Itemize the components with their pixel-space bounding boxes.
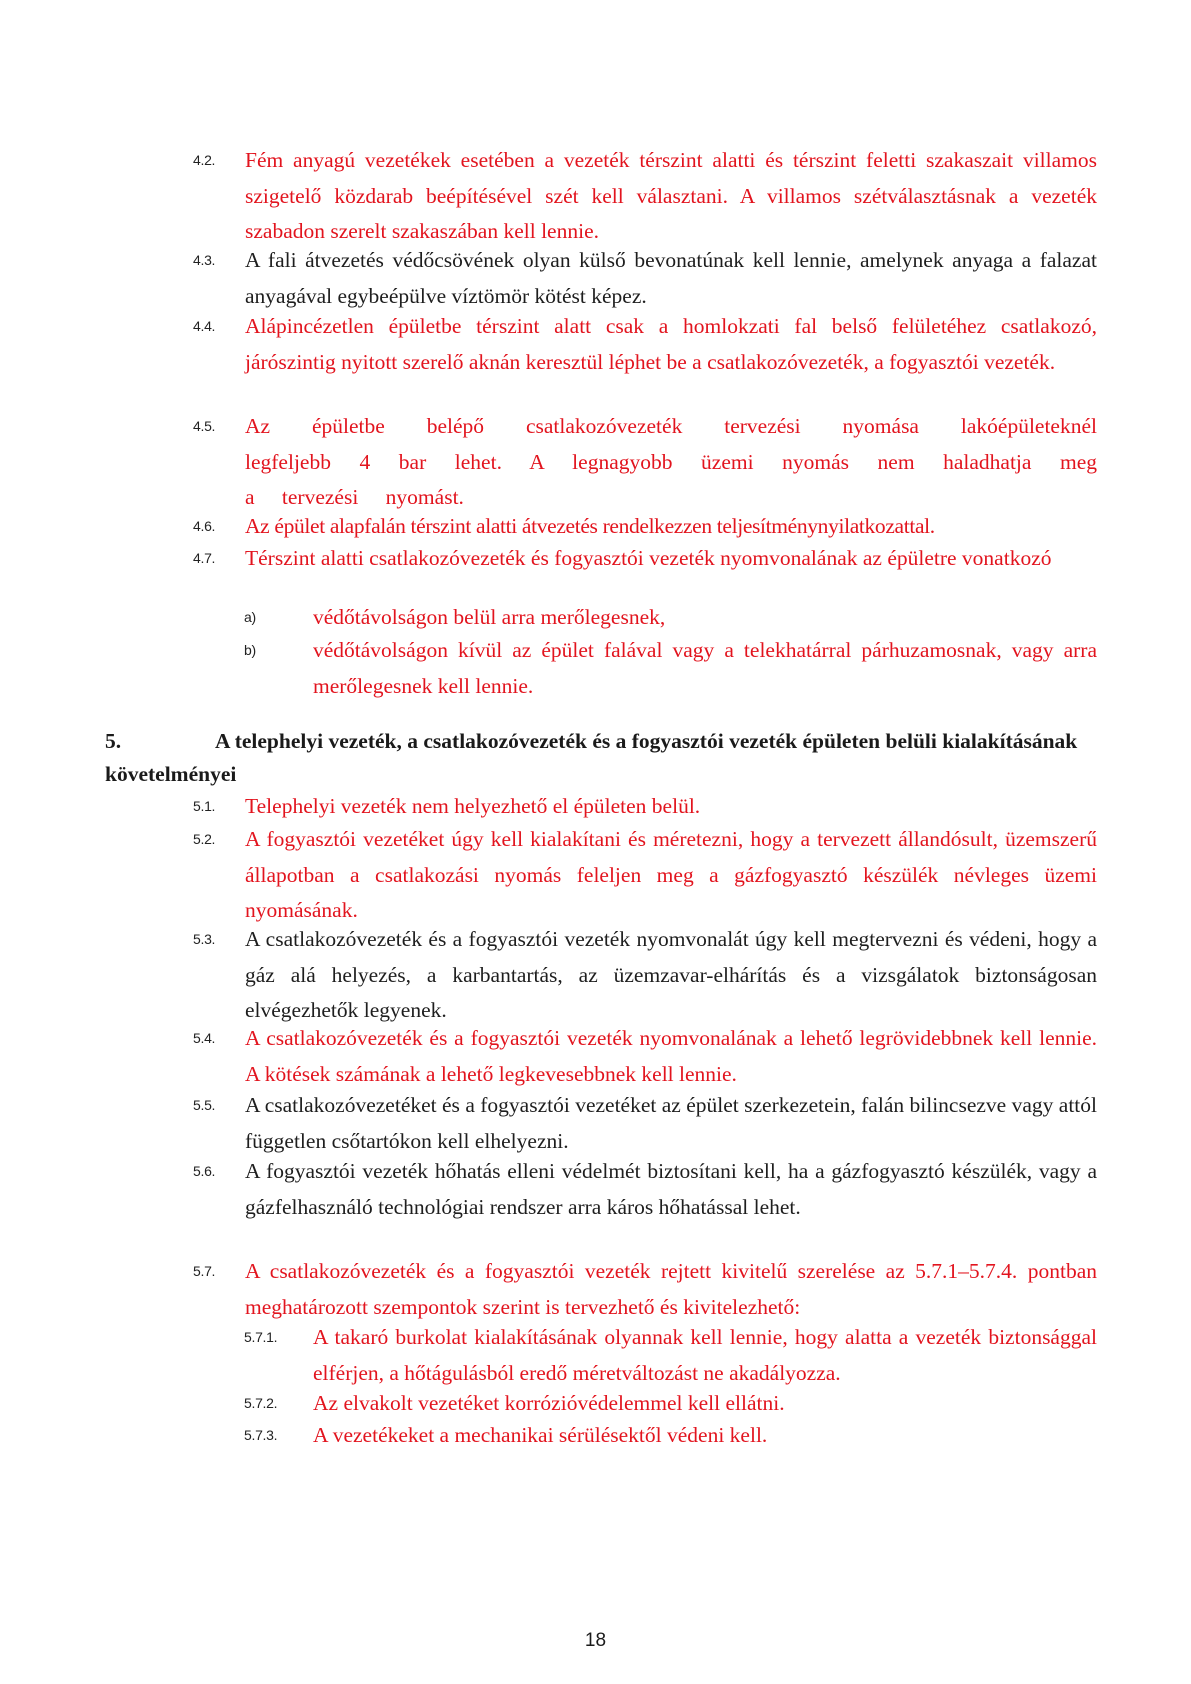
clause-number: 5.1. <box>193 798 215 814</box>
page-number: 18 <box>0 1630 1191 1652</box>
clause-number: b) <box>244 642 256 658</box>
clause-number: 5.7.3. <box>244 1427 277 1443</box>
clause-number: a) <box>244 609 256 625</box>
clause-text: A takaró burkolat kialakításának olyanna… <box>313 1320 1097 1391</box>
clause-number: 5.2. <box>193 831 215 847</box>
clause-text: A csatlakozóvezeték és a fogyasztói veze… <box>245 1021 1097 1092</box>
clause-text: védőtávolságon kívül az épület falával v… <box>313 633 1097 704</box>
clause-number: 5.6. <box>193 1163 215 1179</box>
clause-text: Az elvakolt vezetéket korrózióvédelemmel… <box>313 1386 1097 1422</box>
clause-number: 4.4. <box>193 318 215 334</box>
clause-text: A fali átvezetés védőcsövének olyan küls… <box>245 243 1097 314</box>
section-5-heading: 5.A telephelyi vezeték, a csatlakozóveze… <box>105 725 1105 791</box>
clause-text: Telephelyi vezeték nem helyezhető el épü… <box>245 789 1097 825</box>
clause-text: Az épület alapfalán térszint alatti átve… <box>245 509 1097 545</box>
clause-number: 5.3. <box>193 931 215 947</box>
clause-number: 5.5. <box>193 1097 215 1113</box>
section-title: A telephelyi vezeték, a csatlakozóvezeté… <box>105 729 1077 786</box>
clause-text: Térszint alatti csatlakozóvezeték és fog… <box>245 544 1097 573</box>
section-number: 5. <box>105 725 215 758</box>
clause-text: A csatlakozóvezeték és a fogyasztói veze… <box>245 922 1097 1029</box>
clause-text: A vezetékeket a mechanikai sérülésektől … <box>313 1418 1097 1454</box>
clause-number: 5.7.2. <box>244 1395 277 1411</box>
clause-number: 4.5. <box>193 418 215 434</box>
clause-text: A csatlakozóvezetéket és a fogyasztói ve… <box>245 1088 1097 1159</box>
clause-number: 5.4. <box>193 1030 215 1046</box>
clause-text: Alápincézetlen épületbe térszint alatt c… <box>245 309 1097 380</box>
clause-number: 4.3. <box>193 252 215 268</box>
clause-number: 4.2. <box>193 152 215 168</box>
clause-number: 4.7. <box>193 550 215 566</box>
clause-text: A csatlakozóvezeték és a fogyasztói veze… <box>245 1254 1097 1325</box>
document-page: 4.2. Fém anyagú vezetékek esetében a vez… <box>0 0 1191 1684</box>
clause-number: 5.7.1. <box>244 1329 277 1345</box>
clause-text: Fém anyagú vezetékek esetében a vezeték … <box>245 143 1097 250</box>
clause-text: védőtávolságon belül arra merőlegesnek, <box>313 600 1097 636</box>
clause-number: 5.7. <box>193 1263 215 1279</box>
clause-text: A fogyasztói vezetéket úgy kell kialakít… <box>245 822 1097 929</box>
clause-number: 4.6. <box>193 518 215 534</box>
clause-text: Az épületbe belépő csatlakozóvezeték ter… <box>245 409 1097 516</box>
clause-text: A fogyasztói vezeték hőhatás elleni véde… <box>245 1154 1097 1225</box>
